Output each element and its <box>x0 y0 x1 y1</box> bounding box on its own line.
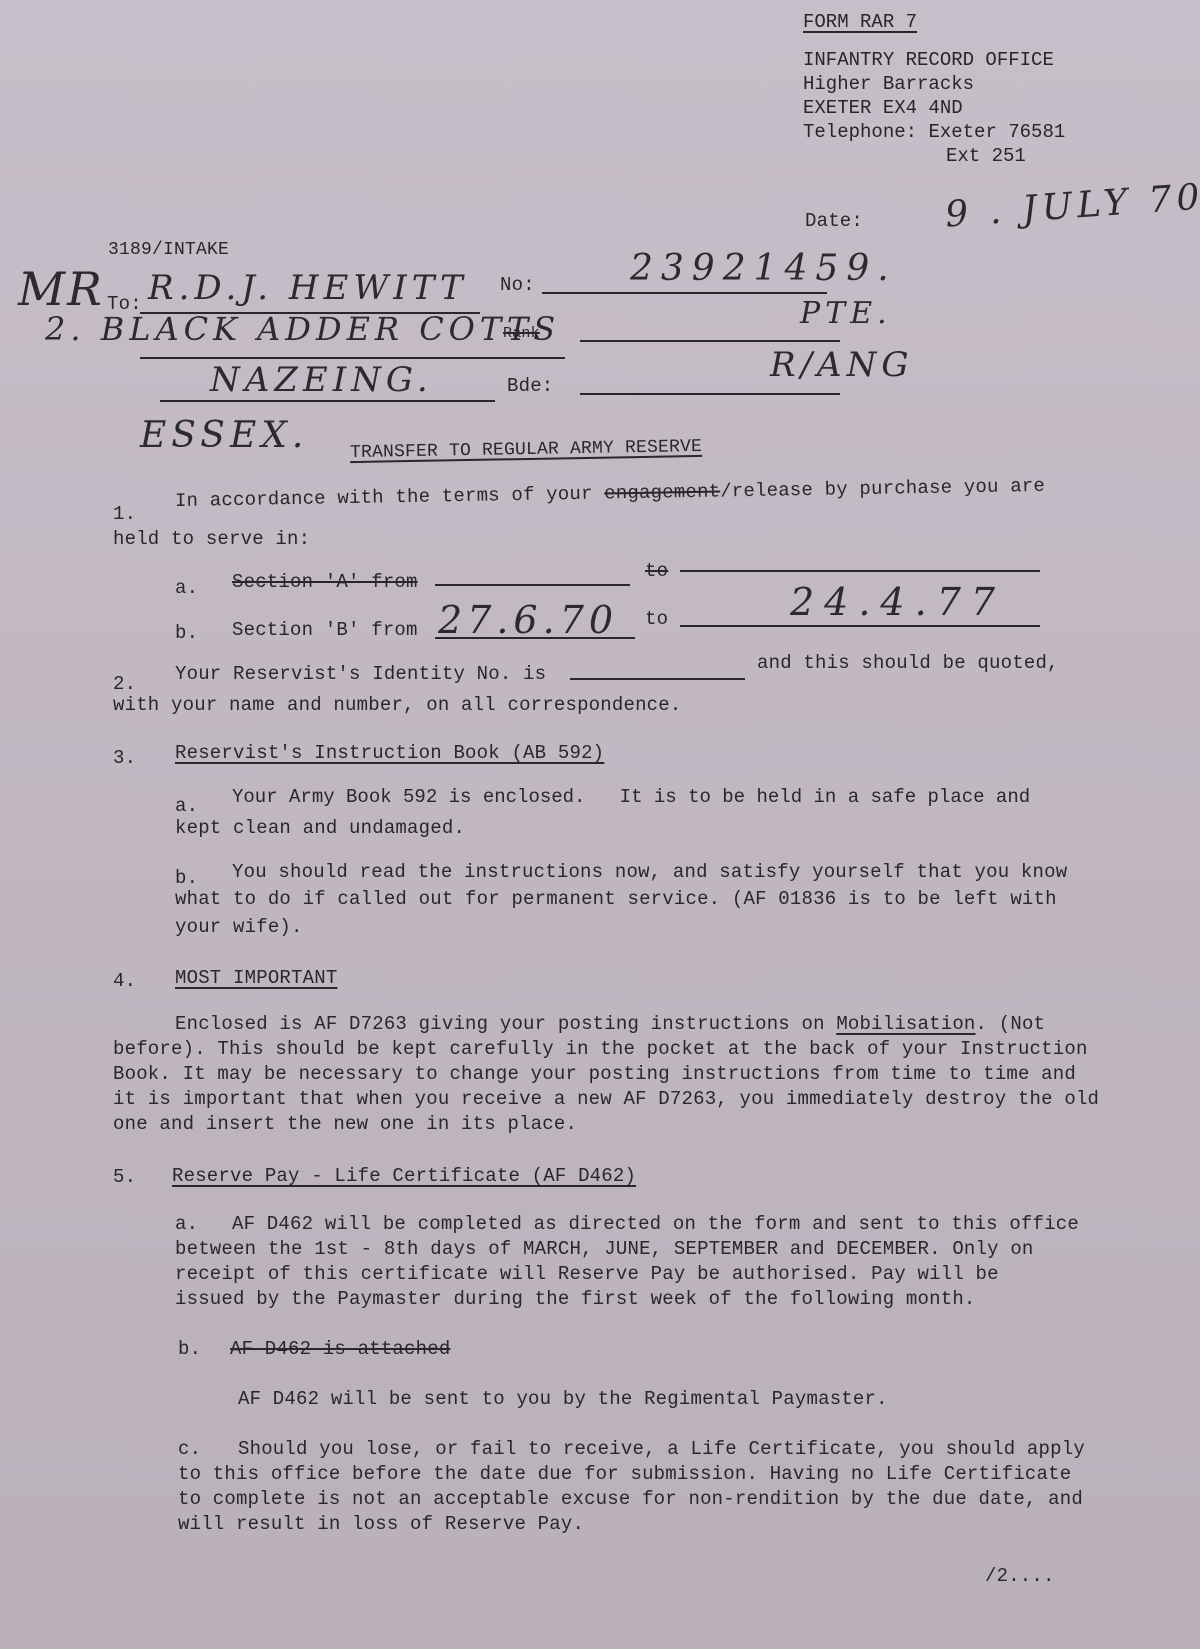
bde-label: Bde: <box>507 375 553 397</box>
reference-number: 3189/INTAKE <box>108 240 229 260</box>
recipient-name: R.D.J. HEWITT <box>148 268 468 308</box>
section-5b-text: AF D462 will be sent to you by the Regim… <box>238 1388 888 1410</box>
section-1b-label: b. <box>175 622 198 644</box>
section-b-from-line <box>435 637 635 639</box>
section-b-to-value: 24.4.77 <box>790 580 1005 624</box>
section-3-heading: Reservist's Instruction Book (AB 592) <box>175 742 604 764</box>
page-continuation: /2.... <box>985 1565 1055 1587</box>
section-2-text-2: and this should be quoted, <box>757 652 1059 674</box>
section-4-heading: MOST IMPORTANT <box>175 967 337 989</box>
salutation: MR <box>18 262 104 316</box>
document-title: TRANSFER TO REGULAR ARMY RESERVE <box>350 437 702 463</box>
struck-engagement: engagement <box>604 480 720 504</box>
section-1-text: In accordance with the terms of your <box>175 483 605 512</box>
date-label: Date: <box>805 210 863 232</box>
section-2-number: 2. <box>113 673 136 695</box>
service-number: 23921459. <box>630 248 897 289</box>
section-1-number: 1. <box>113 503 136 525</box>
section-4-text: Enclosed is AF D7263 giving your posting… <box>175 1013 836 1035</box>
address-line-3: ESSEX. <box>140 415 308 456</box>
number-line <box>542 292 827 294</box>
section-4-line-1: Enclosed is AF D7263 giving your posting… <box>175 1013 1045 1035</box>
section-3b-line-1: You should read the instructions now, an… <box>232 861 1067 883</box>
section-4-text-cont: . (Not <box>976 1013 1046 1035</box>
struck-attached-note: AF D462 is attached <box>230 1338 450 1360</box>
address-line-2: NAZEING. <box>210 360 433 400</box>
section-b-to: to <box>645 608 668 630</box>
section-5-heading: Reserve Pay - Life Certificate (AF D462) <box>172 1165 636 1187</box>
form-id: FORM RAR 7 <box>803 10 1065 34</box>
address-line-1-rule <box>140 357 565 359</box>
section-3b-line-3: your wife). <box>175 916 303 938</box>
number-label: No: <box>500 274 535 296</box>
section-5c-line-4: will result in loss of Reserve Pay. <box>178 1513 584 1535</box>
section-3b-label: b. <box>175 867 198 889</box>
section-3a-text: Your Army Book 592 is enclosed. It is to… <box>232 785 1030 810</box>
section-2-text-1: Your Reservist's Identity No. is <box>175 663 546 685</box>
section-5c-line-2: to this office before the date due for s… <box>178 1463 1071 1485</box>
section-1a-label: a. <box>175 577 198 599</box>
address-line-2-rule <box>160 400 495 402</box>
section-5b-label: b. <box>178 1338 201 1360</box>
section-4-line-2: before). This should be kept carefully i… <box>113 1038 1088 1060</box>
rank-label: Rank <box>503 325 540 342</box>
section-a-text: Section 'A' from <box>232 571 418 593</box>
telephone-label: Telephone: <box>803 121 917 143</box>
office-header: FORM RAR 7 INFANTRY RECORD OFFICE Higher… <box>803 10 1065 168</box>
section-3a-line-1: Your Army Book 592 is enclosed. It is to… <box>232 785 1030 810</box>
section-b-to-line <box>680 625 1040 627</box>
section-b-text: Section 'B' from <box>232 619 418 641</box>
rank-line <box>580 340 840 342</box>
section-4-number: 4. <box>113 970 136 992</box>
section-5a-line-2: between the 1st - 8th days of MARCH, JUN… <box>175 1238 1034 1260</box>
section-3a-line-2: kept clean and undamaged. <box>175 817 465 839</box>
section-3a-label: a. <box>175 795 198 817</box>
mobilisation-word: Mobilisation <box>836 1013 975 1035</box>
identity-number-line <box>570 678 745 680</box>
address-line-2: EXETER EX4 4ND <box>803 96 1065 120</box>
section-4-line-5: one and insert the new one in its place. <box>113 1113 577 1135</box>
section-5c-line-1: Should you lose, or fail to receive, a L… <box>238 1438 1085 1460</box>
section-5-number: 5. <box>113 1166 136 1188</box>
section-3b-line-2: what to do if called out for permanent s… <box>175 888 1057 910</box>
telephone-value: Exeter 76581 <box>928 121 1065 143</box>
section-5c-line-3: to complete is not an acceptable excuse … <box>178 1488 1083 1510</box>
bde-line <box>580 393 840 395</box>
section-4-line-4: it is important that when you receive a … <box>113 1088 1099 1110</box>
address-line-1: 2. BLACK ADDER COTTS <box>45 310 560 348</box>
section-5a-line-1: AF D462 will be completed as directed on… <box>232 1213 1079 1235</box>
section-4-line-3: Book. It may be necessary to change your… <box>113 1063 1076 1085</box>
section-1-line-1: In accordance with the terms of your eng… <box>175 475 1045 512</box>
section-1-line-2: held to serve in: <box>113 528 310 550</box>
section-a-to: to <box>645 560 668 582</box>
section-1-text-cont: /release by purchase you are <box>720 475 1045 503</box>
section-3-number: 3. <box>113 747 136 769</box>
date-value: 9 . JULY 70. <box>944 175 1200 235</box>
section-a-to-line <box>680 570 1040 572</box>
rank-value: PTE. <box>800 296 892 331</box>
office-name: INFANTRY RECORD OFFICE <box>803 48 1065 72</box>
section-5a-line-3: receipt of this certificate will Reserve… <box>175 1263 999 1285</box>
section-2-line-2: with your name and number, on all corres… <box>113 694 682 716</box>
bde-value: R/ANG <box>770 345 914 385</box>
address-line-1: Higher Barracks <box>803 72 1065 96</box>
section-5a-label: a. <box>175 1213 198 1235</box>
section-5c-label: c. <box>178 1438 201 1460</box>
section-5a-line-4: issued by the Paymaster during the first… <box>175 1288 976 1310</box>
section-a-from-line <box>435 584 630 586</box>
telephone-extension: Ext 251 <box>803 144 1065 168</box>
section-b-from-value: 27.6.70 <box>438 598 618 642</box>
